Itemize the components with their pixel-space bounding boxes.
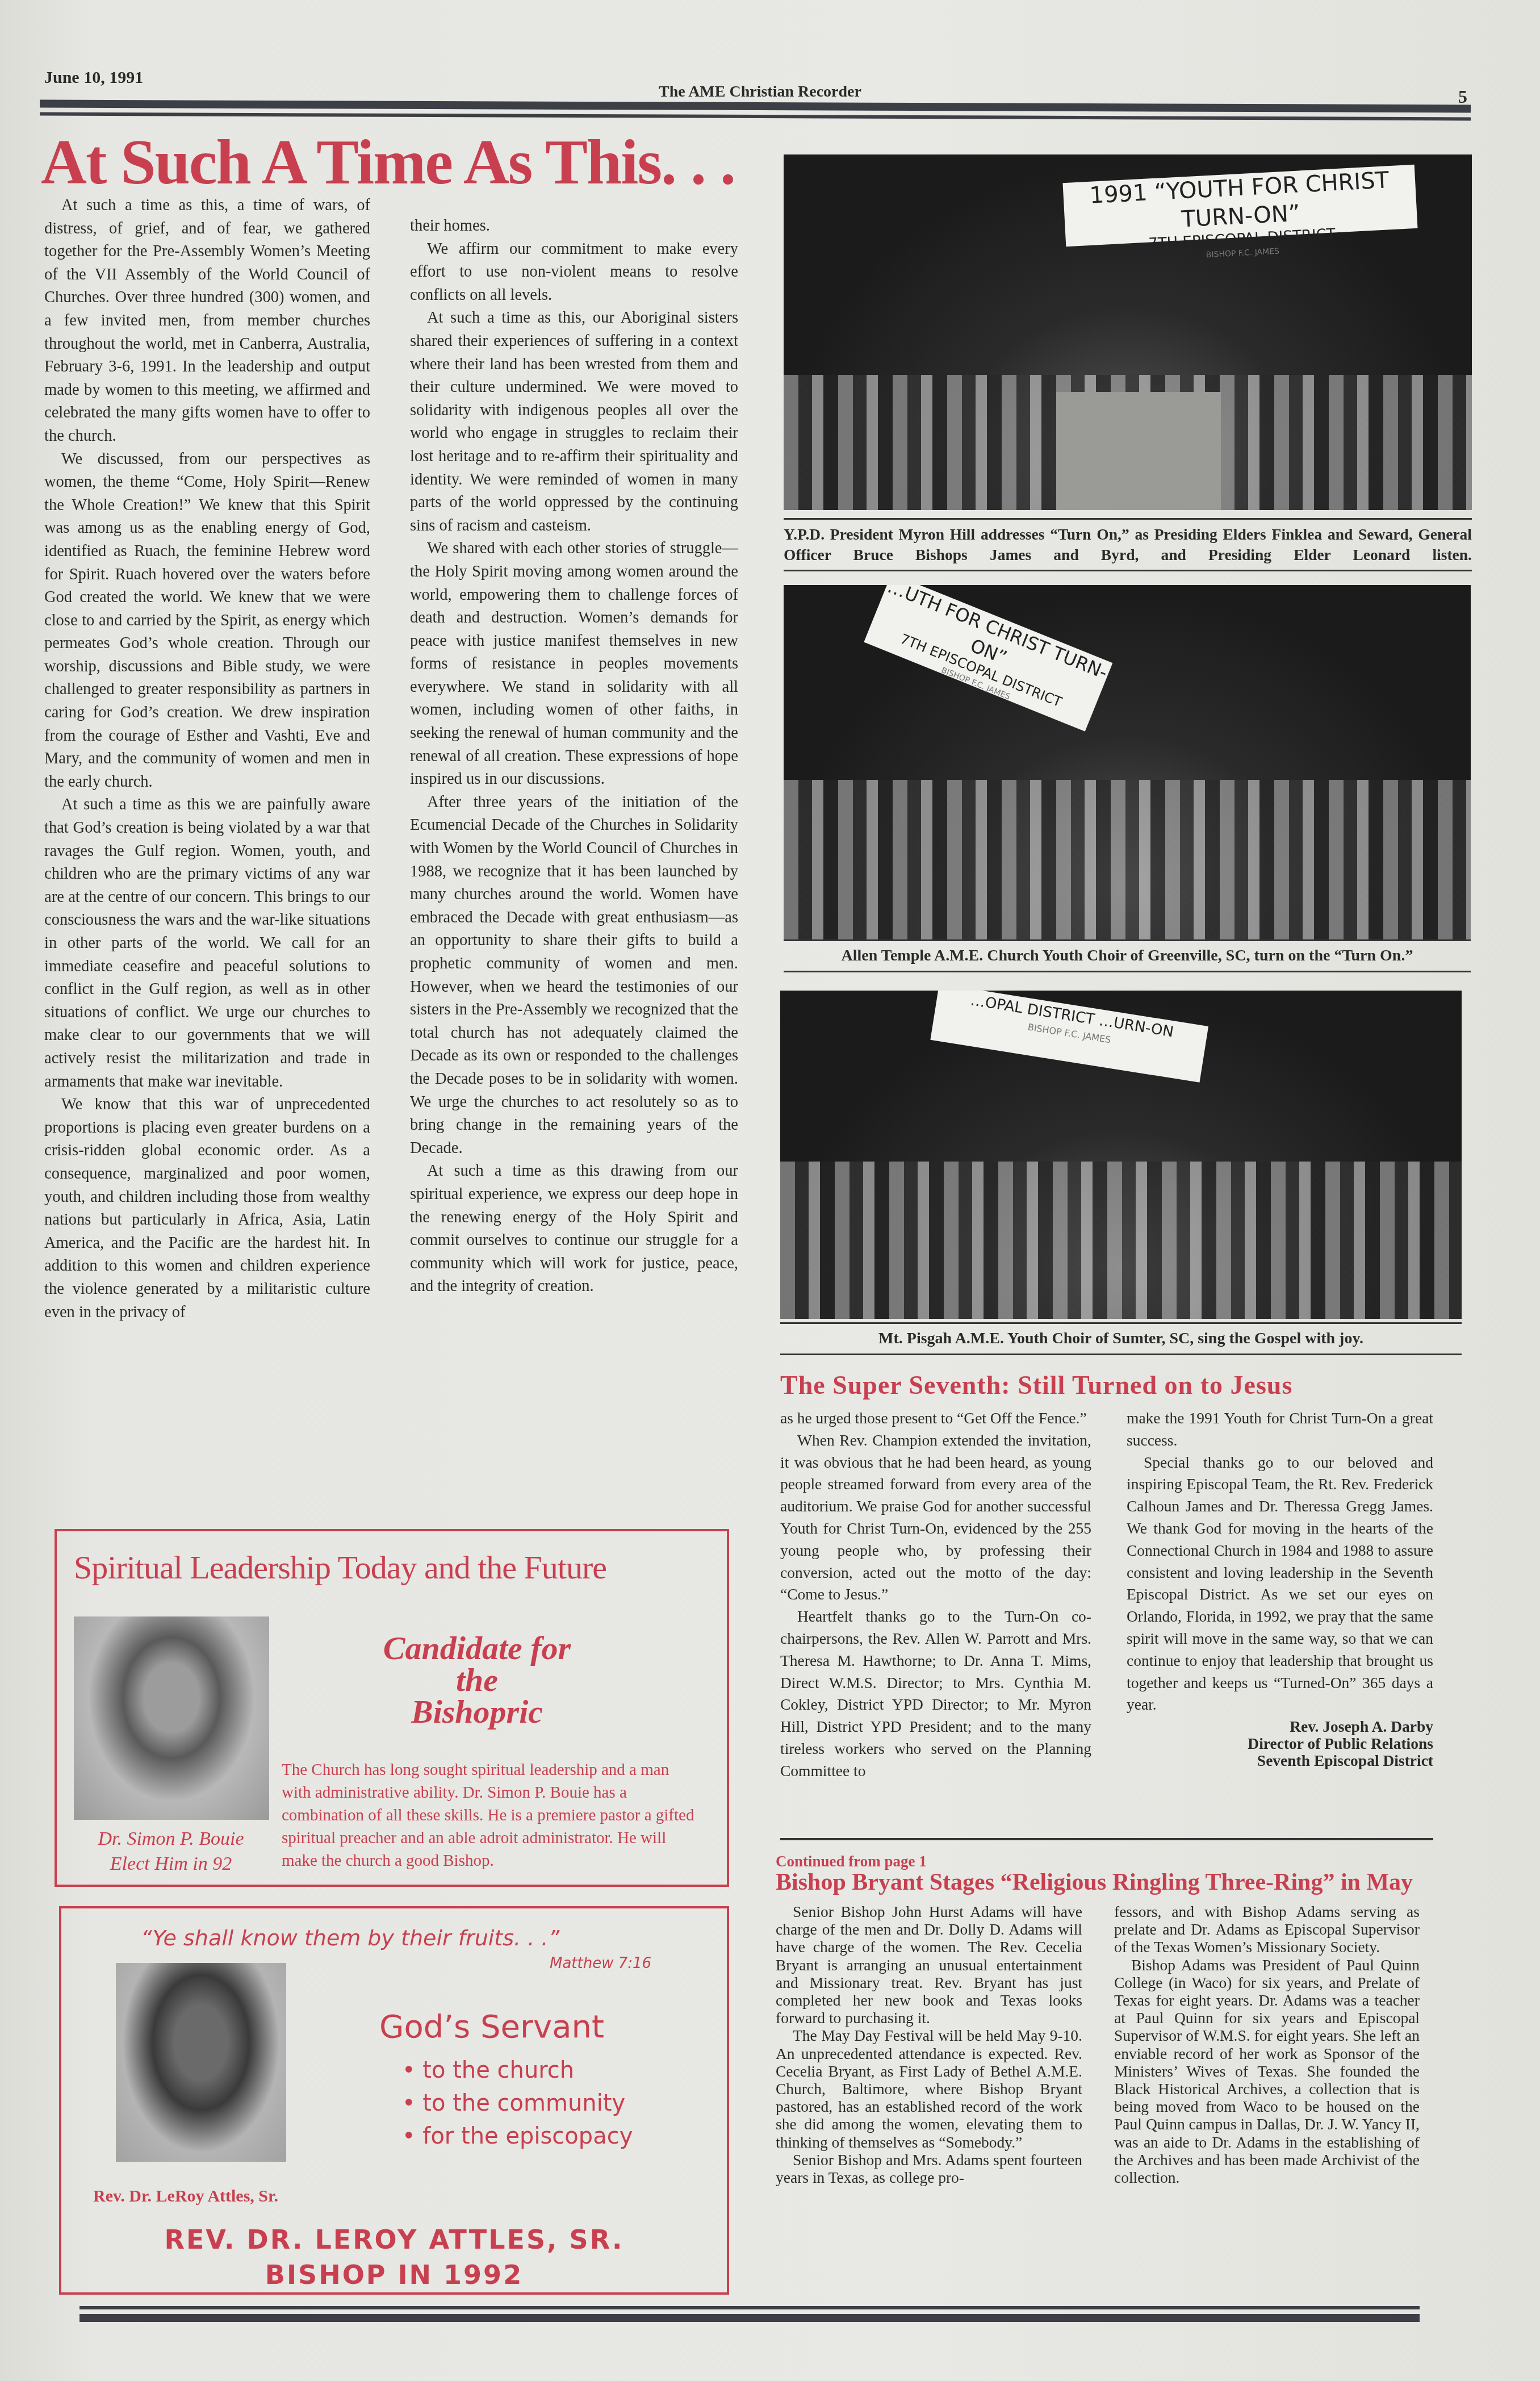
paragraph: We discussed, from our perspectives as w… [44, 448, 370, 794]
paragraph: We shared with each other stories of str… [410, 537, 738, 791]
photo-mt-pisgah-choir: …OPAL DISTRICT …URN-ON BISHOP F.C. JAMES [780, 991, 1462, 1319]
ad-bullet-list: to the church to the community for the e… [402, 2054, 633, 2153]
photo-caption: Y.P.D. President Myron Hill addresses “T… [784, 518, 1472, 571]
publication-title: The AME Christian Recorder [659, 83, 861, 101]
candidate-portrait [74, 1616, 269, 1820]
bryant-column-1: Senior Bishop John Hurst Adams will have… [776, 1903, 1082, 2186]
ad-subtitle: Candidate for the Bishopric [312, 1632, 642, 1728]
header-rule-thick [40, 100, 1471, 113]
paragraph: We affirm our commitment to make every e… [410, 238, 738, 307]
paragraph: make the 1991 Youth for Christ Turn-On a… [1127, 1407, 1433, 1452]
candidate-portrait [116, 1963, 286, 2162]
continued-label: Continued from page 1 [776, 1853, 927, 1870]
article-signature: Rev. Joseph A. Darby Director of Public … [1127, 1718, 1433, 1769]
section-divider [780, 1838, 1433, 1840]
author-title: Director of Public Relations [1127, 1735, 1433, 1752]
paragraph: At such a time as this we are painfully … [44, 793, 370, 1093]
newspaper-page: June 10, 1991 The AME Christian Recorder… [0, 0, 1540, 2381]
paragraph: At such a time as this, a time of wars, … [44, 194, 370, 448]
paragraph: At such a time as this drawing from our … [410, 1160, 738, 1298]
scripture-quote: “Ye shall know them by their fruits. . .… [141, 1925, 559, 1950]
footer-rule-thick [79, 2314, 1420, 2322]
paragraph: We know that this war of unprecedented p… [44, 1093, 370, 1324]
main-article-column-1: At such a time as this, a time of wars, … [44, 194, 370, 1324]
photo-allen-temple-choir: …UTH FOR CHRIST TURN-ON” 7TH EPISCOPAL D… [784, 585, 1471, 939]
ad-body: The Church has long sought spiritual lea… [282, 1758, 702, 1872]
bullet-item: to the community [402, 2087, 633, 2120]
podium [1056, 392, 1221, 510]
choir-members [784, 780, 1471, 939]
super-seventh-column-2: make the 1991 Youth for Christ Turn-On a… [1127, 1407, 1433, 1769]
footer-rule-thin [79, 2306, 1420, 2309]
bullet-item: to the church [402, 2054, 633, 2087]
paragraph: Senior Bishop and Mrs. Adams spent fourt… [776, 2151, 1082, 2186]
photo-caption: Mt. Pisgah A.M.E. Youth Choir of Sumter,… [780, 1322, 1462, 1355]
bryant-headline: Bishop Bryant Stages “Religious Ringling… [776, 1869, 1413, 1896]
paragraph: Bishop Adams was President of Paul Quinn… [1114, 1956, 1420, 2187]
candidate-name: Dr. Simon P. Bouie Elect Him in 92 [66, 1827, 276, 1877]
event-banner: …UTH FOR CHRIST TURN-ON” 7TH EPISCOPAL D… [864, 585, 1112, 732]
paragraph: as he urged those present to “Get Off th… [780, 1407, 1091, 1430]
super-seventh-column-1: as he urged those present to “Get Off th… [780, 1407, 1091, 1782]
paragraph: The May Day Festival will be held May 9-… [776, 2027, 1082, 2150]
paragraph: fessors, and with Bishop Adams serving a… [1114, 1903, 1420, 1956]
scripture-reference: Matthew 7:16 [550, 1955, 651, 1972]
header-rule-thin [40, 112, 1471, 121]
paragraph: After three years of the initiation of t… [410, 791, 738, 1160]
photo-speaker-at-podium: 1991 “YOUTH FOR CHRIST TURN-ON” 7TH EPIS… [784, 154, 1472, 510]
ad-title: Spiritual Leadership Today and the Futur… [74, 1548, 606, 1586]
super-seventh-headline: The Super Seventh: Still Turned on to Je… [780, 1370, 1292, 1400]
author-org: Seventh Episcopal District [1127, 1752, 1433, 1769]
paragraph: Senior Bishop John Hurst Adams will have… [776, 1903, 1082, 2027]
ad-attles-candidacy: “Ye shall know them by their fruits. . .… [59, 1906, 729, 2295]
bullet-item: for the episcopacy [402, 2120, 633, 2153]
event-banner: …OPAL DISTRICT …URN-ON BISHOP F.C. JAMES [930, 991, 1208, 1083]
photo-caption: Allen Temple A.M.E. Church Youth Choir o… [784, 939, 1471, 972]
bryant-column-2: fessors, and with Bishop Adams serving a… [1114, 1903, 1420, 2186]
ad-bouie-candidacy: Spiritual Leadership Today and the Futur… [55, 1529, 729, 1887]
ad-footer: REV. DR. LEROY ATTLES, SR. BISHOP IN 199… [61, 2222, 727, 2292]
event-banner: 1991 “YOUTH FOR CHRIST TURN-ON” 7TH EPIS… [1062, 165, 1417, 247]
paragraph: their homes. [410, 215, 738, 238]
paragraph: At such a time as this, our Aboriginal s… [410, 307, 738, 537]
paragraph: When Rev. Champion extended the invitati… [780, 1430, 1091, 1606]
main-headline: At Such A Time As This. . . [41, 126, 735, 199]
paragraph: Heartfelt thanks go to the Turn-On co-ch… [780, 1606, 1091, 1782]
paragraph: Special thanks go to our beloved and ins… [1127, 1452, 1433, 1716]
main-article-column-2: their homes. We affirm our commitment to… [410, 215, 738, 1298]
portrait-caption: Rev. Dr. LeRoy Attles, Sr. [93, 2187, 278, 2206]
ad-title: God’s Servant [379, 2008, 604, 2045]
issue-date: June 10, 1991 [44, 68, 143, 87]
choir-members [780, 1162, 1462, 1319]
author-name: Rev. Joseph A. Darby [1127, 1718, 1433, 1735]
